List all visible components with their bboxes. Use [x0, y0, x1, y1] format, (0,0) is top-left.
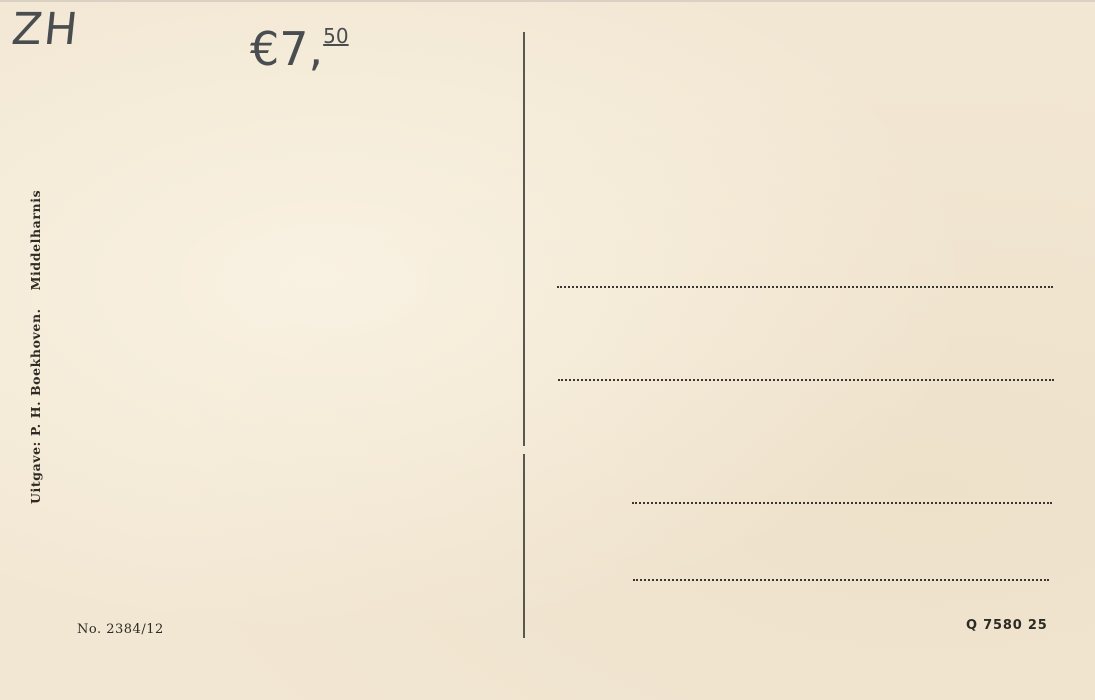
address-line-4	[633, 579, 1049, 581]
publisher-imprint: Uitgave: P. H. Boekhoven.Middelharnis	[28, 190, 43, 504]
postcard-back: ZH €7,50 Uitgave: P. H. Boekhoven.Middel…	[0, 0, 1095, 700]
center-divider-upper	[523, 32, 525, 446]
address-line-3	[632, 502, 1052, 504]
price-cents: 50	[323, 24, 348, 48]
publisher-label: Uitgave:	[28, 441, 43, 504]
publisher-name: P. H. Boekhoven.	[28, 308, 43, 436]
handwritten-price: €7,50	[250, 22, 349, 76]
price-main: €7,	[250, 22, 323, 76]
handwritten-region-code: ZH	[9, 4, 82, 55]
print-code: Q 7580 25	[966, 618, 1048, 633]
center-divider-lower	[523, 454, 525, 638]
address-line-1	[557, 286, 1053, 288]
catalog-number: No. 2384/12	[77, 622, 164, 637]
address-line-2	[558, 379, 1054, 381]
publisher-place: Middelharnis	[28, 190, 43, 291]
